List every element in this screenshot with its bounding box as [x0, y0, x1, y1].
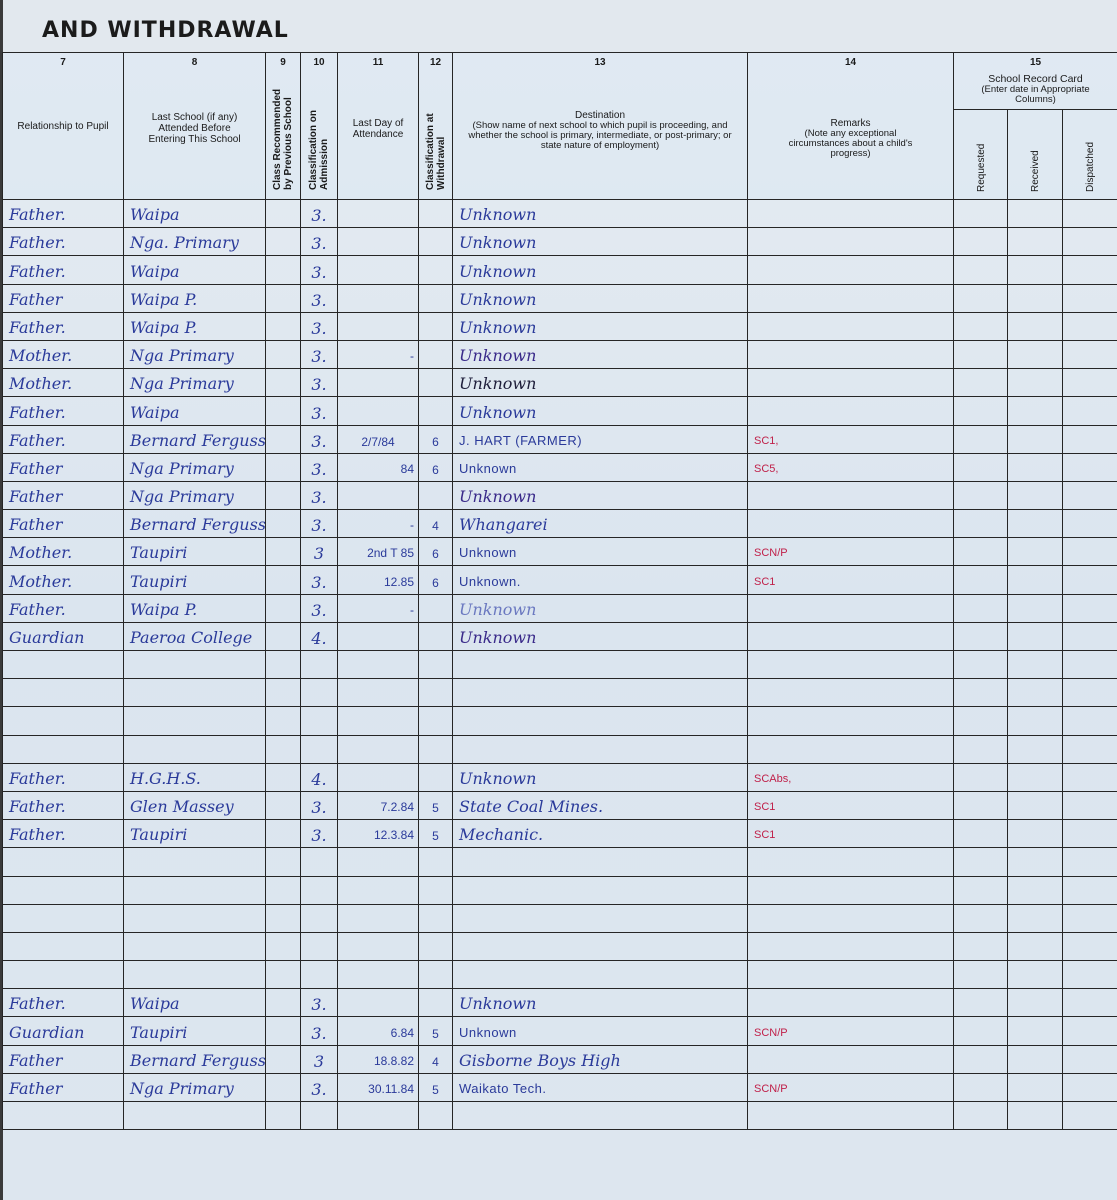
destination-cell[interactable]: Unknown	[453, 284, 748, 312]
record-requested-cell[interactable]	[954, 679, 1008, 707]
destination-cell[interactable]: Unknown	[453, 481, 748, 509]
last-day-cell[interactable]	[338, 763, 419, 791]
record-received-cell[interactable]	[1008, 397, 1063, 425]
class-withdrawal-cell[interactable]	[419, 200, 453, 228]
class-withdrawal-cell[interactable]	[419, 340, 453, 368]
class-withdrawal-cell[interactable]: 4	[419, 510, 453, 538]
record-requested-cell[interactable]	[954, 566, 1008, 594]
class-admission-cell[interactable]	[301, 904, 338, 932]
last-day-cell[interactable]	[338, 200, 419, 228]
destination-cell[interactable]: Unknown.	[453, 566, 748, 594]
destination-cell[interactable]	[453, 679, 748, 707]
record-dispatched-cell[interactable]	[1063, 989, 1117, 1017]
record-requested-cell[interactable]	[954, 1102, 1008, 1130]
relationship-cell[interactable]: Father.	[3, 791, 124, 819]
record-dispatched-cell[interactable]	[1063, 538, 1117, 566]
last-day-cell[interactable]	[338, 256, 419, 284]
destination-cell[interactable]: Unknown	[453, 369, 748, 397]
class-admission-cell[interactable]	[301, 735, 338, 763]
record-received-cell[interactable]	[1008, 932, 1063, 960]
remarks-cell[interactable]	[748, 932, 954, 960]
last-school-cell[interactable]: Nga. Primary	[124, 228, 266, 256]
relationship-cell[interactable]: Father.	[3, 425, 124, 453]
record-received-cell[interactable]	[1008, 594, 1063, 622]
record-received-cell[interactable]	[1008, 312, 1063, 340]
record-received-cell[interactable]	[1008, 200, 1063, 228]
record-requested-cell[interactable]	[954, 312, 1008, 340]
destination-cell[interactable]	[453, 735, 748, 763]
record-dispatched-cell[interactable]	[1063, 932, 1117, 960]
relationship-cell[interactable]: Father	[3, 1073, 124, 1101]
last-day-cell[interactable]	[338, 369, 419, 397]
record-received-cell[interactable]	[1008, 1045, 1063, 1073]
class-admission-cell[interactable]	[301, 876, 338, 904]
record-requested-cell[interactable]	[954, 1045, 1008, 1073]
class-withdrawal-cell[interactable]	[419, 932, 453, 960]
class-recommended-cell[interactable]	[266, 735, 301, 763]
record-dispatched-cell[interactable]	[1063, 622, 1117, 650]
record-received-cell[interactable]	[1008, 679, 1063, 707]
record-dispatched-cell[interactable]	[1063, 1045, 1117, 1073]
class-withdrawal-cell[interactable]: 5	[419, 1017, 453, 1045]
last-day-cell[interactable]	[338, 961, 419, 989]
destination-cell[interactable]: Unknown	[453, 1017, 748, 1045]
record-requested-cell[interactable]	[954, 397, 1008, 425]
record-received-cell[interactable]	[1008, 510, 1063, 538]
destination-cell[interactable]: Mechanic.	[453, 820, 748, 848]
destination-cell[interactable]	[453, 651, 748, 679]
last-day-cell[interactable]: 7.2.84	[338, 791, 419, 819]
relationship-cell[interactable]	[3, 707, 124, 735]
last-day-cell[interactable]	[338, 481, 419, 509]
record-requested-cell[interactable]	[954, 510, 1008, 538]
class-withdrawal-cell[interactable]	[419, 284, 453, 312]
relationship-cell[interactable]: Father	[3, 284, 124, 312]
class-withdrawal-cell[interactable]: 5	[419, 820, 453, 848]
record-received-cell[interactable]	[1008, 340, 1063, 368]
last-school-cell[interactable]: Nga Primary	[124, 340, 266, 368]
relationship-cell[interactable]	[3, 1102, 124, 1130]
class-recommended-cell[interactable]	[266, 453, 301, 481]
class-recommended-cell[interactable]	[266, 284, 301, 312]
remarks-cell[interactable]	[748, 284, 954, 312]
last-school-cell[interactable]	[124, 904, 266, 932]
destination-cell[interactable]: Unknown	[453, 312, 748, 340]
class-admission-cell[interactable]: 3.	[301, 312, 338, 340]
class-recommended-cell[interactable]	[266, 312, 301, 340]
last-school-cell[interactable]: Waipa	[124, 989, 266, 1017]
record-dispatched-cell[interactable]	[1063, 735, 1117, 763]
relationship-cell[interactable]	[3, 961, 124, 989]
remarks-cell[interactable]	[748, 200, 954, 228]
destination-cell[interactable]: Unknown	[453, 256, 748, 284]
class-withdrawal-cell[interactable]: 6	[419, 453, 453, 481]
remarks-cell[interactable]	[748, 961, 954, 989]
record-dispatched-cell[interactable]	[1063, 566, 1117, 594]
relationship-cell[interactable]	[3, 651, 124, 679]
class-recommended-cell[interactable]	[266, 1073, 301, 1101]
destination-cell[interactable]: State Coal Mines.	[453, 791, 748, 819]
last-school-cell[interactable]: Waipa	[124, 397, 266, 425]
record-dispatched-cell[interactable]	[1063, 369, 1117, 397]
class-withdrawal-cell[interactable]	[419, 228, 453, 256]
class-recommended-cell[interactable]	[266, 1017, 301, 1045]
last-school-cell[interactable]	[124, 735, 266, 763]
last-school-cell[interactable]: Bernard Fergusson	[124, 425, 266, 453]
record-received-cell[interactable]	[1008, 651, 1063, 679]
record-requested-cell[interactable]	[954, 820, 1008, 848]
record-requested-cell[interactable]	[954, 340, 1008, 368]
record-dispatched-cell[interactable]	[1063, 284, 1117, 312]
record-received-cell[interactable]	[1008, 538, 1063, 566]
class-admission-cell[interactable]: 3.	[301, 425, 338, 453]
last-day-cell[interactable]	[338, 707, 419, 735]
class-recommended-cell[interactable]	[266, 791, 301, 819]
destination-cell[interactable]: Unknown	[453, 622, 748, 650]
remarks-cell[interactable]	[748, 707, 954, 735]
last-day-cell[interactable]	[338, 679, 419, 707]
record-requested-cell[interactable]	[954, 284, 1008, 312]
last-day-cell[interactable]	[338, 735, 419, 763]
class-recommended-cell[interactable]	[266, 763, 301, 791]
class-withdrawal-cell[interactable]	[419, 848, 453, 876]
relationship-cell[interactable]	[3, 876, 124, 904]
record-received-cell[interactable]	[1008, 566, 1063, 594]
record-requested-cell[interactable]	[954, 848, 1008, 876]
remarks-cell[interactable]	[748, 369, 954, 397]
last-school-cell[interactable]: Nga Primary	[124, 1073, 266, 1101]
relationship-cell[interactable]: Mother.	[3, 566, 124, 594]
last-day-cell[interactable]: 2/7/84	[338, 425, 419, 453]
record-requested-cell[interactable]	[954, 989, 1008, 1017]
record-received-cell[interactable]	[1008, 228, 1063, 256]
last-school-cell[interactable]: Waipa P.	[124, 312, 266, 340]
record-dispatched-cell[interactable]	[1063, 340, 1117, 368]
record-requested-cell[interactable]	[954, 453, 1008, 481]
record-dispatched-cell[interactable]	[1063, 679, 1117, 707]
destination-cell[interactable]: Unknown	[453, 538, 748, 566]
relationship-cell[interactable]: Father.	[3, 763, 124, 791]
class-withdrawal-cell[interactable]	[419, 369, 453, 397]
remarks-cell[interactable]	[748, 481, 954, 509]
class-admission-cell[interactable]	[301, 932, 338, 960]
record-received-cell[interactable]	[1008, 961, 1063, 989]
record-received-cell[interactable]	[1008, 876, 1063, 904]
class-admission-cell[interactable]: 3.	[301, 594, 338, 622]
class-recommended-cell[interactable]	[266, 397, 301, 425]
record-requested-cell[interactable]	[954, 904, 1008, 932]
record-requested-cell[interactable]	[954, 256, 1008, 284]
record-dispatched-cell[interactable]	[1063, 1073, 1117, 1101]
class-recommended-cell[interactable]	[266, 594, 301, 622]
remarks-cell[interactable]: SCN/P	[748, 1073, 954, 1101]
class-admission-cell[interactable]: 3.	[301, 256, 338, 284]
class-recommended-cell[interactable]	[266, 256, 301, 284]
class-withdrawal-cell[interactable]	[419, 707, 453, 735]
class-withdrawal-cell[interactable]	[419, 256, 453, 284]
record-dispatched-cell[interactable]	[1063, 763, 1117, 791]
class-withdrawal-cell[interactable]	[419, 481, 453, 509]
last-school-cell[interactable]	[124, 679, 266, 707]
record-received-cell[interactable]	[1008, 791, 1063, 819]
record-requested-cell[interactable]	[954, 425, 1008, 453]
destination-cell[interactable]: Unknown	[453, 397, 748, 425]
class-recommended-cell[interactable]	[266, 848, 301, 876]
class-recommended-cell[interactable]	[266, 538, 301, 566]
remarks-cell[interactable]	[748, 622, 954, 650]
class-admission-cell[interactable]: 3.	[301, 340, 338, 368]
last-school-cell[interactable]: Taupiri	[124, 820, 266, 848]
relationship-cell[interactable]: Father	[3, 453, 124, 481]
last-day-cell[interactable]: 30.11.84	[338, 1073, 419, 1101]
last-school-cell[interactable]: Waipa	[124, 200, 266, 228]
record-requested-cell[interactable]	[954, 538, 1008, 566]
last-school-cell[interactable]	[124, 1102, 266, 1130]
relationship-cell[interactable]: Father.	[3, 594, 124, 622]
class-admission-cell[interactable]	[301, 848, 338, 876]
record-requested-cell[interactable]	[954, 961, 1008, 989]
class-withdrawal-cell[interactable]	[419, 763, 453, 791]
record-received-cell[interactable]	[1008, 425, 1063, 453]
record-dispatched-cell[interactable]	[1063, 707, 1117, 735]
last-school-cell[interactable]: Taupiri	[124, 1017, 266, 1045]
relationship-cell[interactable]: Guardian	[3, 622, 124, 650]
remarks-cell[interactable]	[748, 228, 954, 256]
record-requested-cell[interactable]	[954, 594, 1008, 622]
relationship-cell[interactable]: Mother.	[3, 538, 124, 566]
last-school-cell[interactable]: Bernard Fergusson	[124, 510, 266, 538]
last-school-cell[interactable]: H.G.H.S.	[124, 763, 266, 791]
destination-cell[interactable]	[453, 876, 748, 904]
class-admission-cell[interactable]: 3.	[301, 820, 338, 848]
record-received-cell[interactable]	[1008, 707, 1063, 735]
destination-cell[interactable]: Unknown	[453, 200, 748, 228]
destination-cell[interactable]: J. HART (FARMER)	[453, 425, 748, 453]
remarks-cell[interactable]: SC1	[748, 820, 954, 848]
class-recommended-cell[interactable]	[266, 425, 301, 453]
record-received-cell[interactable]	[1008, 1017, 1063, 1045]
class-withdrawal-cell[interactable]: 5	[419, 1073, 453, 1101]
record-requested-cell[interactable]	[954, 651, 1008, 679]
last-day-cell[interactable]	[338, 397, 419, 425]
class-withdrawal-cell[interactable]	[419, 397, 453, 425]
last-day-cell[interactable]	[338, 228, 419, 256]
record-dispatched-cell[interactable]	[1063, 481, 1117, 509]
record-dispatched-cell[interactable]	[1063, 820, 1117, 848]
class-withdrawal-cell[interactable]: 6	[419, 425, 453, 453]
record-dispatched-cell[interactable]	[1063, 200, 1117, 228]
class-admission-cell[interactable]: 3.	[301, 791, 338, 819]
record-dispatched-cell[interactable]	[1063, 904, 1117, 932]
class-withdrawal-cell[interactable]	[419, 735, 453, 763]
last-school-cell[interactable]: Bernard Fergusson	[124, 1045, 266, 1073]
destination-cell[interactable]: Unknown	[453, 594, 748, 622]
record-received-cell[interactable]	[1008, 481, 1063, 509]
class-admission-cell[interactable]: 3.	[301, 989, 338, 1017]
relationship-cell[interactable]: Mother.	[3, 340, 124, 368]
class-recommended-cell[interactable]	[266, 481, 301, 509]
class-admission-cell[interactable]: 3.	[301, 369, 338, 397]
record-dispatched-cell[interactable]	[1063, 256, 1117, 284]
remarks-cell[interactable]: SCN/P	[748, 538, 954, 566]
destination-cell[interactable]: Waikato Tech.	[453, 1073, 748, 1101]
remarks-cell[interactable]	[748, 1045, 954, 1073]
remarks-cell[interactable]	[748, 594, 954, 622]
class-recommended-cell[interactable]	[266, 820, 301, 848]
last-school-cell[interactable]: Nga Primary	[124, 481, 266, 509]
last-day-cell[interactable]	[338, 651, 419, 679]
last-day-cell[interactable]	[338, 876, 419, 904]
last-day-cell[interactable]: 6.84	[338, 1017, 419, 1045]
class-recommended-cell[interactable]	[266, 989, 301, 1017]
relationship-cell[interactable]	[3, 848, 124, 876]
remarks-cell[interactable]	[748, 510, 954, 538]
remarks-cell[interactable]: SC1,	[748, 425, 954, 453]
record-dispatched-cell[interactable]	[1063, 791, 1117, 819]
remarks-cell[interactable]	[748, 397, 954, 425]
destination-cell[interactable]: Unknown	[453, 763, 748, 791]
class-recommended-cell[interactable]	[266, 200, 301, 228]
relationship-cell[interactable]: Father.	[3, 820, 124, 848]
record-requested-cell[interactable]	[954, 369, 1008, 397]
remarks-cell[interactable]	[748, 1102, 954, 1130]
last-day-cell[interactable]: 12.3.84	[338, 820, 419, 848]
record-requested-cell[interactable]	[954, 791, 1008, 819]
class-withdrawal-cell[interactable]	[419, 651, 453, 679]
last-school-cell[interactable]	[124, 932, 266, 960]
class-withdrawal-cell[interactable]	[419, 594, 453, 622]
class-recommended-cell[interactable]	[266, 510, 301, 538]
last-day-cell[interactable]	[338, 284, 419, 312]
last-day-cell[interactable]	[338, 622, 419, 650]
last-day-cell[interactable]	[338, 1102, 419, 1130]
class-admission-cell[interactable]	[301, 679, 338, 707]
remarks-cell[interactable]	[748, 679, 954, 707]
last-day-cell[interactable]	[338, 932, 419, 960]
last-school-cell[interactable]: Paeroa College	[124, 622, 266, 650]
class-withdrawal-cell[interactable]: 6	[419, 566, 453, 594]
last-day-cell[interactable]: 18.8.82	[338, 1045, 419, 1073]
class-admission-cell[interactable]: 3.	[301, 1017, 338, 1045]
destination-cell[interactable]: Unknown	[453, 340, 748, 368]
class-recommended-cell[interactable]	[266, 707, 301, 735]
record-received-cell[interactable]	[1008, 989, 1063, 1017]
destination-cell[interactable]	[453, 932, 748, 960]
class-recommended-cell[interactable]	[266, 904, 301, 932]
last-day-cell[interactable]: -	[338, 594, 419, 622]
destination-cell[interactable]	[453, 1102, 748, 1130]
last-school-cell[interactable]	[124, 876, 266, 904]
remarks-cell[interactable]	[748, 312, 954, 340]
record-dispatched-cell[interactable]	[1063, 397, 1117, 425]
record-dispatched-cell[interactable]	[1063, 228, 1117, 256]
remarks-cell[interactable]: SC5,	[748, 453, 954, 481]
record-requested-cell[interactable]	[954, 481, 1008, 509]
record-dispatched-cell[interactable]	[1063, 453, 1117, 481]
last-day-cell[interactable]: 2nd T 85	[338, 538, 419, 566]
remarks-cell[interactable]	[748, 876, 954, 904]
remarks-cell[interactable]: SC1	[748, 566, 954, 594]
last-school-cell[interactable]: Waipa P.	[124, 594, 266, 622]
record-requested-cell[interactable]	[954, 1017, 1008, 1045]
class-recommended-cell[interactable]	[266, 876, 301, 904]
remarks-cell[interactable]: SCN/P	[748, 1017, 954, 1045]
class-admission-cell[interactable]: 3.	[301, 566, 338, 594]
class-recommended-cell[interactable]	[266, 340, 301, 368]
last-school-cell[interactable]	[124, 707, 266, 735]
remarks-cell[interactable]	[748, 256, 954, 284]
class-withdrawal-cell[interactable]	[419, 679, 453, 707]
remarks-cell[interactable]	[748, 989, 954, 1017]
class-admission-cell[interactable]: 3.	[301, 1073, 338, 1101]
last-day-cell[interactable]: -	[338, 340, 419, 368]
destination-cell[interactable]: Unknown	[453, 228, 748, 256]
class-admission-cell[interactable]: 3.	[301, 453, 338, 481]
last-day-cell[interactable]	[338, 848, 419, 876]
relationship-cell[interactable]: Father.	[3, 312, 124, 340]
class-withdrawal-cell[interactable]	[419, 876, 453, 904]
last-school-cell[interactable]: Waipa P.	[124, 284, 266, 312]
class-admission-cell[interactable]: 3.	[301, 284, 338, 312]
relationship-cell[interactable]	[3, 679, 124, 707]
last-school-cell[interactable]: Taupiri	[124, 566, 266, 594]
record-dispatched-cell[interactable]	[1063, 425, 1117, 453]
class-admission-cell[interactable]	[301, 707, 338, 735]
class-recommended-cell[interactable]	[266, 1102, 301, 1130]
record-received-cell[interactable]	[1008, 256, 1063, 284]
class-withdrawal-cell[interactable]	[419, 989, 453, 1017]
class-admission-cell[interactable]: 3.	[301, 510, 338, 538]
last-day-cell[interactable]: 12.85	[338, 566, 419, 594]
record-requested-cell[interactable]	[954, 622, 1008, 650]
relationship-cell[interactable]: Guardian	[3, 1017, 124, 1045]
remarks-cell[interactable]	[748, 904, 954, 932]
record-requested-cell[interactable]	[954, 763, 1008, 791]
record-dispatched-cell[interactable]	[1063, 312, 1117, 340]
last-school-cell[interactable]: Nga Primary	[124, 369, 266, 397]
last-school-cell[interactable]: Nga Primary	[124, 453, 266, 481]
class-recommended-cell[interactable]	[266, 679, 301, 707]
last-day-cell[interactable]	[338, 904, 419, 932]
class-admission-cell[interactable]	[301, 1102, 338, 1130]
record-dispatched-cell[interactable]	[1063, 848, 1117, 876]
class-admission-cell[interactable]: 3.	[301, 397, 338, 425]
class-withdrawal-cell[interactable]	[419, 1102, 453, 1130]
class-withdrawal-cell[interactable]: 6	[419, 538, 453, 566]
destination-cell[interactable]: Gisborne Boys High	[453, 1045, 748, 1073]
remarks-cell[interactable]	[748, 651, 954, 679]
class-recommended-cell[interactable]	[266, 369, 301, 397]
class-admission-cell[interactable]: 3.	[301, 228, 338, 256]
last-school-cell[interactable]	[124, 651, 266, 679]
last-school-cell[interactable]: Waipa	[124, 256, 266, 284]
relationship-cell[interactable]: Father.	[3, 989, 124, 1017]
class-withdrawal-cell[interactable]: 4	[419, 1045, 453, 1073]
record-requested-cell[interactable]	[954, 707, 1008, 735]
last-day-cell[interactable]: 84	[338, 453, 419, 481]
class-recommended-cell[interactable]	[266, 228, 301, 256]
record-received-cell[interactable]	[1008, 369, 1063, 397]
destination-cell[interactable]: Whangarei	[453, 510, 748, 538]
record-requested-cell[interactable]	[954, 1073, 1008, 1101]
destination-cell[interactable]	[453, 961, 748, 989]
relationship-cell[interactable]: Father	[3, 481, 124, 509]
class-withdrawal-cell[interactable]: 5	[419, 791, 453, 819]
class-withdrawal-cell[interactable]	[419, 312, 453, 340]
relationship-cell[interactable]	[3, 904, 124, 932]
record-requested-cell[interactable]	[954, 228, 1008, 256]
remarks-cell[interactable]: SC1	[748, 791, 954, 819]
